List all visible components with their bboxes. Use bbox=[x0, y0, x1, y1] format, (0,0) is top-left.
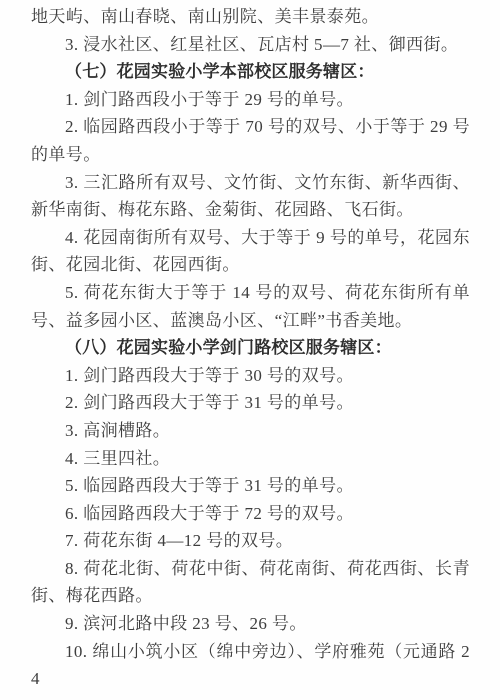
paragraph: 2. 临园路西段小于等于 70 号的双号、小于等于 29 号的单号。 bbox=[31, 113, 470, 168]
paragraph: 10. 绵山小筑小区（绵中旁边）、学府雅苑（元通路 24 bbox=[31, 638, 470, 693]
paragraph: 地天屿、南山春晓、南山别院、美丰景泰苑。 bbox=[31, 3, 470, 31]
paragraph: 3. 高涧槽路。 bbox=[31, 417, 470, 445]
paragraph: 5. 临园路西段大于等于 31 号的单号。 bbox=[31, 472, 470, 500]
section-heading: （七）花园实验小学本部校区服务辖区： bbox=[31, 58, 470, 86]
paragraph: 4. 三里四社。 bbox=[31, 445, 470, 473]
document-body: 地天屿、南山春晓、南山别院、美丰景泰苑。3. 浸水社区、红星社区、瓦店村 5—7… bbox=[31, 3, 470, 693]
paragraph: 4. 花园南街所有双号、大于等于 9 号的单号，花园东街、花园北街、花园西街。 bbox=[31, 224, 470, 279]
paragraph: 6. 临园路西段大于等于 72 号的双号。 bbox=[31, 500, 470, 528]
paragraph: 3. 浸水社区、红星社区、瓦店村 5—7 社、御西街。 bbox=[31, 31, 470, 59]
paragraph: 1. 剑门路西段大于等于 30 号的双号。 bbox=[31, 362, 470, 390]
paragraph: 1. 剑门路西段小于等于 29 号的单号。 bbox=[31, 86, 470, 114]
paragraph: 9. 滨河北路中段 23 号、26 号。 bbox=[31, 610, 470, 638]
paragraph: 7. 荷花东街 4—12 号的双号。 bbox=[31, 527, 470, 555]
paragraph: 3. 三汇路所有双号、文竹街、文竹东街、新华西街、新华南街、梅花东路、金菊街、花… bbox=[31, 169, 470, 224]
document-page: 地天屿、南山春晓、南山别院、美丰景泰苑。3. 浸水社区、红星社区、瓦店村 5—7… bbox=[0, 0, 500, 700]
paragraph: 2. 剑门路西段大于等于 31 号的单号。 bbox=[31, 389, 470, 417]
paragraph: 8. 荷花北街、荷花中街、荷花南街、荷花西街、长青街、梅花西路。 bbox=[31, 555, 470, 610]
section-heading: （八）花园实验小学剑门路校区服务辖区： bbox=[31, 334, 470, 362]
paragraph: 5. 荷花东街大于等于 14 号的双号、荷花东街所有单号、益多园小区、蓝澳岛小区… bbox=[31, 279, 470, 334]
